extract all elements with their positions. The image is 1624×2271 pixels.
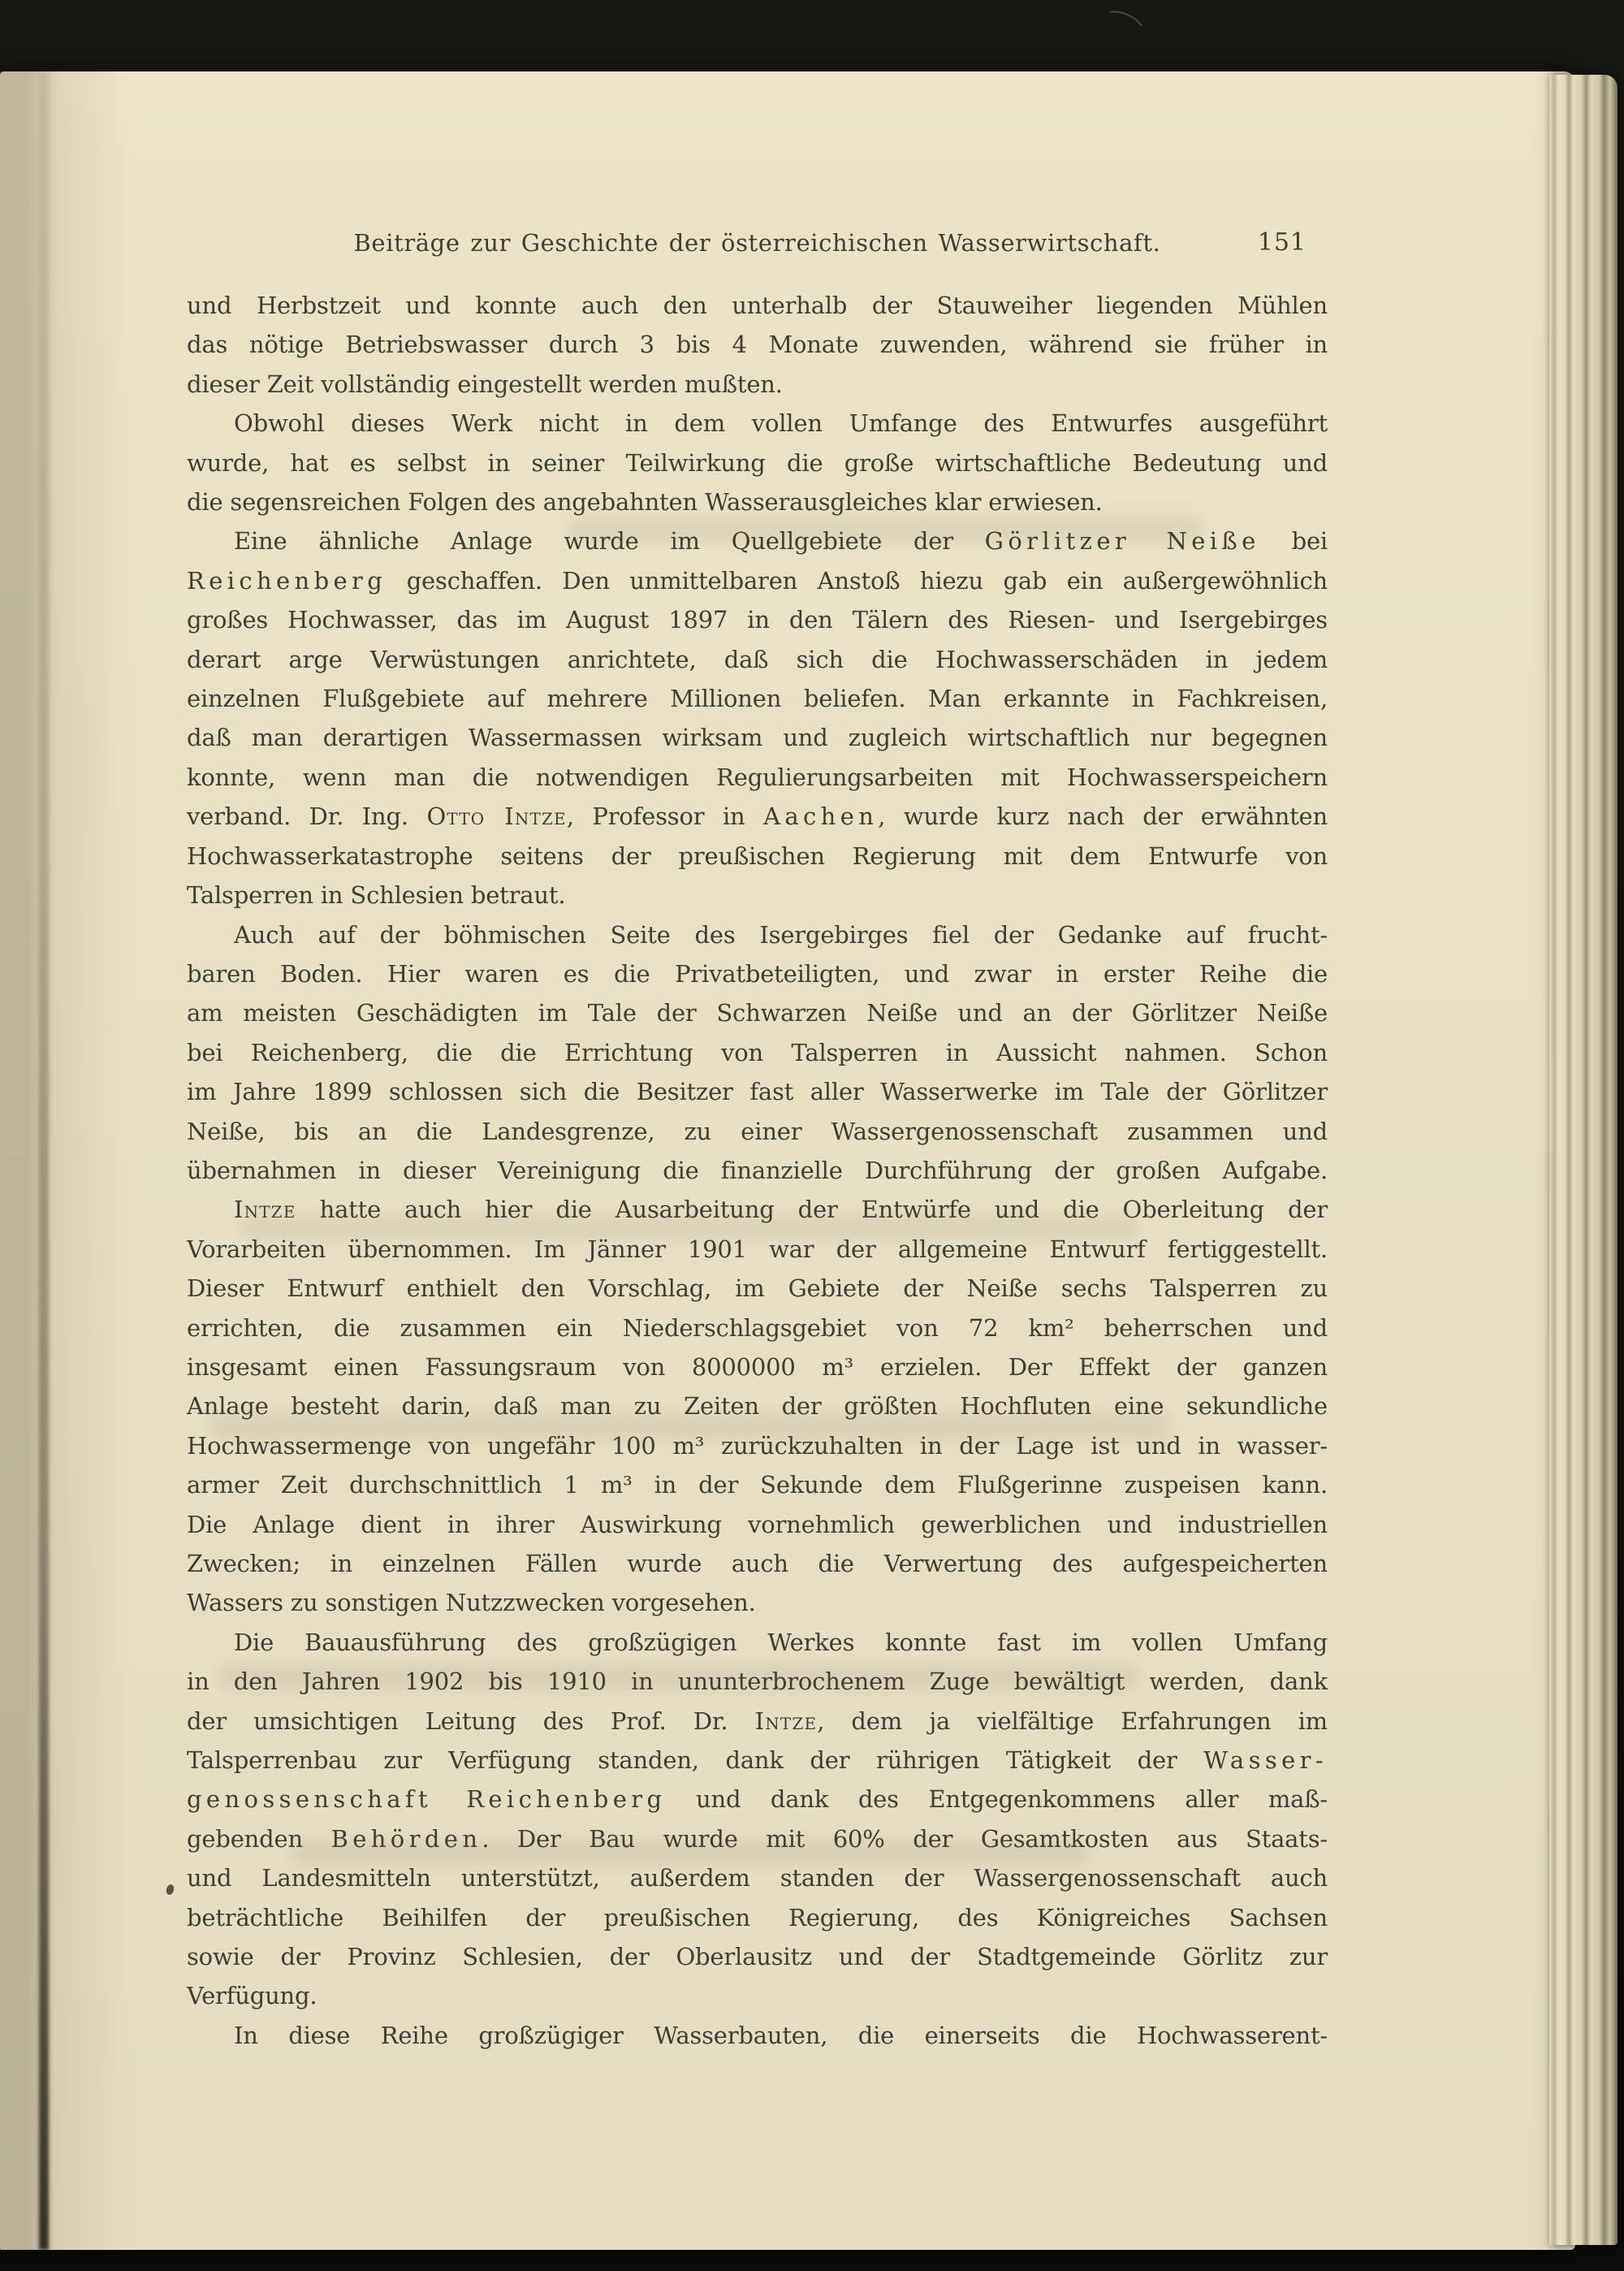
page-number: 151	[1258, 227, 1307, 258]
text-line: daß man derartigen Wassermassen wirksam …	[187, 718, 1328, 757]
text-line: beträchtliche Beihilfen der preußischen …	[187, 1898, 1328, 1937]
body-text: Talsperren in Schlesien betraut.	[187, 881, 565, 909]
body-text: konnte, wenn man die notwendigen Regulie…	[187, 763, 1328, 791]
body-text: Die Anlage dient in ihrer Auswirkung vor…	[187, 1511, 1328, 1538]
text-line: Talsperren in Schlesien betraut.	[187, 876, 1328, 915]
text-line: Obwohl dieses Werk nicht in dem vollen U…	[187, 404, 1328, 443]
text-line: Eine ähnliche Anlage wurde im Quellgebie…	[187, 521, 1328, 560]
body-text: einzelnen Flußgebiete auf mehrere Millio…	[187, 685, 1328, 712]
body-text: sowie der Provinz Schlesien, der Oberlau…	[187, 1943, 1328, 1970]
paragraph: Eine ähnliche Anlage wurde im Quellgebie…	[187, 521, 1328, 915]
body-text: derart arge Verwüstungen anrichtete, daß…	[187, 646, 1328, 673]
body-text: in den Jahren 1902 bis 1910 in ununterbr…	[187, 1668, 1328, 1695]
text-line: wurde, hat es selbst in seiner Teilwirku…	[187, 443, 1328, 482]
text-line: verband. Dr. Ing. Otto Intze, Professor …	[187, 797, 1328, 836]
body-text: dieser Zeit vollständig eingestellt werd…	[187, 370, 783, 398]
text-line: Hochwassermenge von ungefähr 100 m³ zurü…	[187, 1426, 1328, 1465]
text-line: im Jahre 1899 schlossen sich die Besitze…	[187, 1072, 1328, 1111]
body-text: Die Bauausführung des großzügigen Werkes…	[234, 1629, 1328, 1656]
page-gutter-crease	[39, 71, 49, 2250]
body-text: gebenden	[187, 1825, 331, 1853]
running-title: Beiträge zur Geschichte der österreichis…	[354, 229, 1161, 257]
body-text: insgesamt einen Fassungsraum von 8000000…	[187, 1353, 1328, 1381]
body-text: Zwecken; in einzelnen Fällen wurde auch …	[187, 1550, 1328, 1577]
letterspaced-text: Reichenberg	[187, 567, 387, 595]
body-text: daß man derartigen Wassermassen wirksam …	[187, 724, 1328, 751]
text-line: Talsperrenbau zur Verfügung standen, dan…	[187, 1741, 1328, 1780]
body-text: In diese Reihe großzügiger Wasserbauten,…	[234, 2022, 1328, 2049]
body-text: Talsperrenbau zur Verfügung standen, dan…	[187, 1746, 1203, 1774]
text-line: Die Anlage dient in ihrer Auswirkung vor…	[187, 1505, 1328, 1544]
text-line: Intze hatte auch hier die Ausarbeitung d…	[187, 1190, 1328, 1229]
body-text: Wassers zu sonstigen Nutzzwecken vorgese…	[187, 1589, 756, 1616]
text-line: genossenschaft Reichenberg und dank des …	[187, 1780, 1328, 1819]
text-line: konnte, wenn man die notwendigen Regulie…	[187, 758, 1328, 797]
letterspaced-text: Wasser-	[1203, 1746, 1328, 1774]
body-text: errichten, die zusammen ein Niederschlag…	[187, 1314, 1328, 1342]
text-line: sowie der Provinz Schlesien, der Oberlau…	[187, 1937, 1328, 1976]
body-text: Verfügung.	[187, 1982, 317, 2009]
letterspaced-text: Görlitzer Neiße	[985, 527, 1260, 555]
text-line: und Landesmitteln unterstützt, außerdem …	[187, 1858, 1328, 1897]
body-text: großes Hochwasser, das im August 1897 in…	[187, 606, 1328, 634]
book-scan-background: Beiträge zur Geschichte der österreichis…	[0, 0, 1624, 2271]
body-text: der umsichtigen Leitung des Prof. Dr.	[187, 1707, 755, 1735]
small-caps-name: Intze	[234, 1196, 296, 1223]
text-line: In diese Reihe großzügiger Wasserbauten,…	[187, 2016, 1328, 2055]
text-block: und Herbstzeit und konnte auch den unter…	[187, 286, 1328, 2055]
text-line: bei Reichenberg, die die Errichtung von …	[187, 1033, 1328, 1072]
body-text: am meisten Geschädigten im Tale der Schw…	[187, 999, 1328, 1027]
body-text: im Jahre 1899 schlossen sich die Besitze…	[187, 1078, 1328, 1105]
text-line: das nötige Betriebswasser durch 3 bis 4 …	[187, 325, 1328, 364]
page-gutter-shadow	[0, 71, 122, 2250]
text-line: großes Hochwasser, das im August 1897 in…	[187, 600, 1328, 639]
scan-fiber-artifact	[1097, 5, 1149, 47]
paragraph: Die Bauausführung des großzügigen Werkes…	[187, 1623, 1328, 2016]
letterspaced-text: Behörden	[331, 1825, 482, 1853]
text-line: übernahmen in dieser Vereinigung die fin…	[187, 1151, 1328, 1190]
text-line: dieser Zeit vollständig eingestellt werd…	[187, 365, 1328, 404]
text-line: und Herbstzeit und konnte auch den unter…	[187, 286, 1328, 325]
body-text: Neiße, bis an die Landesgrenze, zu einer…	[187, 1118, 1328, 1145]
letterspaced-text: Aachen	[763, 802, 878, 830]
body-text: , Professor in	[567, 802, 763, 830]
body-text: Hochwasserkatastrophe seitens der preußi…	[187, 842, 1328, 870]
paragraph: In diese Reihe großzügiger Wasserbauten,…	[187, 2016, 1328, 2055]
text-line: Reichenberg geschaffen. Den unmittelbare…	[187, 561, 1328, 600]
body-text: Obwohl dieses Werk nicht in dem vollen U…	[234, 409, 1328, 437]
body-text: Dieser Entwurf enthielt den Vorschlag, i…	[187, 1274, 1328, 1302]
body-text: die segensreichen Folgen des angebahnten…	[187, 488, 1103, 516]
ink-speck	[166, 1884, 175, 1896]
body-text: baren Boden. Hier waren es die Privatbet…	[187, 960, 1328, 988]
book-page: Beiträge zur Geschichte der österreichis…	[0, 71, 1575, 2250]
body-text: Auch auf der böhmischen Seite des Iserge…	[234, 921, 1328, 949]
text-line: der umsichtigen Leitung des Prof. Dr. In…	[187, 1702, 1328, 1741]
body-text: beträchtliche Beihilfen der preußischen …	[187, 1904, 1328, 1931]
body-text: und Landesmitteln unterstützt, außerdem …	[187, 1864, 1328, 1892]
text-line: Vorarbeiten übernommen. Im Jänner 1901 w…	[187, 1230, 1328, 1269]
body-text: bei	[1260, 527, 1328, 555]
body-text: übernahmen in dieser Vereinigung die fin…	[187, 1157, 1328, 1184]
text-line: Hochwasserkatastrophe seitens der preußi…	[187, 837, 1328, 876]
body-text: armer Zeit durchschnittlich 1 m³ in der …	[187, 1471, 1328, 1499]
text-line: baren Boden. Hier waren es die Privatbet…	[187, 954, 1328, 993]
text-line: in den Jahren 1902 bis 1910 in ununterbr…	[187, 1662, 1328, 1701]
text-line: einzelnen Flußgebiete auf mehrere Millio…	[187, 679, 1328, 718]
page-header: Beiträge zur Geschichte der österreichis…	[187, 227, 1328, 258]
text-line: Verfügung.	[187, 1976, 1328, 2015]
paragraph: Obwohl dieses Werk nicht in dem vollen U…	[187, 404, 1328, 521]
text-line: gebenden Behörden. Der Bau wurde mit 60%…	[187, 1819, 1328, 1858]
body-text: Anlage besteht darin, daß man zu Zeiten …	[187, 1392, 1328, 1420]
paragraph: Auch auf der böhmischen Seite des Iserge…	[187, 915, 1328, 1191]
body-text: das nötige Betriebswasser durch 3 bis 4 …	[187, 331, 1328, 358]
small-caps-name: Intze	[755, 1707, 818, 1735]
text-line: errichten, die zusammen ein Niederschlag…	[187, 1309, 1328, 1347]
body-text: , wurde kurz nach der erwähnten	[878, 802, 1328, 830]
body-text: . Der Bau wurde mit 60% der Gesamtkosten…	[482, 1825, 1328, 1853]
text-line: armer Zeit durchschnittlich 1 m³ in der …	[187, 1465, 1328, 1504]
text-line: derart arge Verwüstungen anrichtete, daß…	[187, 640, 1328, 679]
body-text: geschaffen. Den unmittelbaren Anstoß hie…	[387, 567, 1328, 595]
text-line: Auch auf der böhmischen Seite des Iserge…	[187, 915, 1328, 954]
small-caps-name: Otto Intze	[426, 802, 566, 830]
text-line: die segensreichen Folgen des angebahnten…	[187, 482, 1328, 521]
body-text: Eine ähnliche Anlage wurde im Quellgebie…	[234, 527, 985, 555]
body-text: Vorarbeiten übernommen. Im Jänner 1901 w…	[187, 1235, 1328, 1263]
body-text: verband. Dr. Ing.	[187, 802, 426, 830]
text-line: insgesamt einen Fassungsraum von 8000000…	[187, 1347, 1328, 1386]
paragraph: Intze hatte auch hier die Ausarbeitung d…	[187, 1190, 1328, 1622]
text-line: Wassers zu sonstigen Nutzzwecken vorgese…	[187, 1583, 1328, 1622]
text-line: Zwecken; in einzelnen Fällen wurde auch …	[187, 1544, 1328, 1583]
body-text: und Herbstzeit und konnte auch den unter…	[187, 292, 1328, 319]
body-text: und dank des Entgegenkommens aller maß-	[666, 1785, 1328, 1813]
text-line: Anlage besteht darin, daß man zu Zeiten …	[187, 1386, 1328, 1425]
fore-edge-pages	[1549, 75, 1618, 2245]
letterspaced-text: genossenschaft Reichenberg	[187, 1785, 666, 1813]
body-text: wurde, hat es selbst in seiner Teilwirku…	[187, 449, 1328, 477]
paragraph: und Herbstzeit und konnte auch den unter…	[187, 286, 1328, 404]
text-line: Neiße, bis an die Landesgrenze, zu einer…	[187, 1112, 1328, 1151]
text-line: Die Bauausführung des großzügigen Werkes…	[187, 1623, 1328, 1662]
body-text: bei Reichenberg, die die Errichtung von …	[187, 1039, 1328, 1066]
body-text: Hochwassermenge von ungefähr 100 m³ zurü…	[187, 1432, 1328, 1460]
text-line: Dieser Entwurf enthielt den Vorschlag, i…	[187, 1269, 1328, 1308]
text-line: am meisten Geschädigten im Tale der Schw…	[187, 993, 1328, 1032]
body-text: , dem ja vielfältige Erfahrungen im	[817, 1707, 1328, 1735]
body-text: hatte auch hier die Ausarbeitung der Ent…	[296, 1196, 1328, 1223]
